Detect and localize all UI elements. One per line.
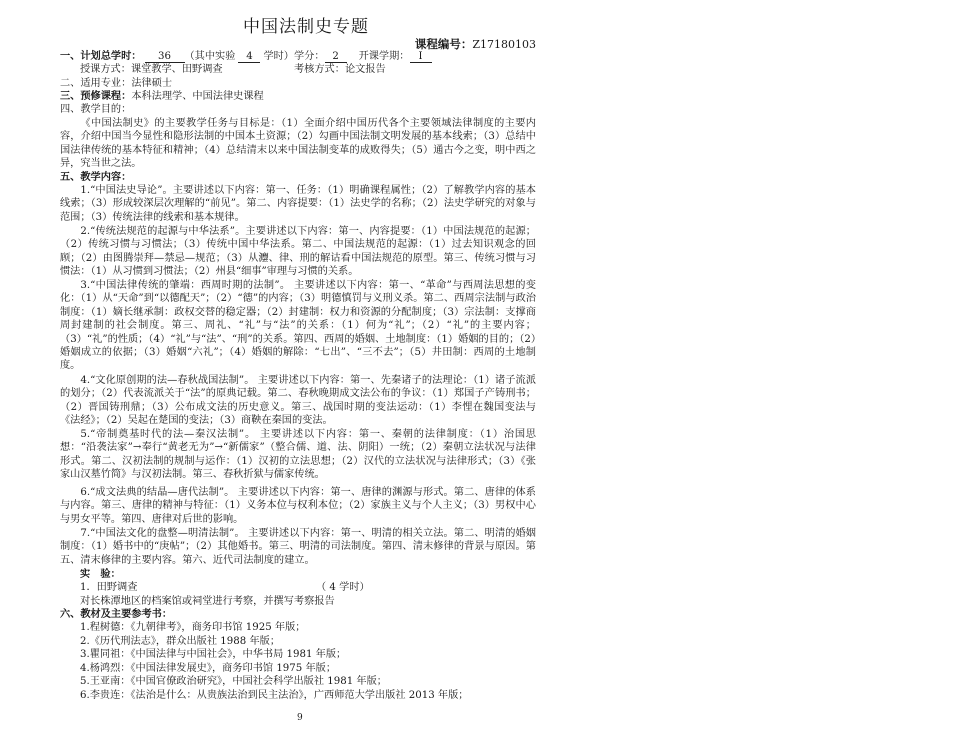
course-code: 课程编号：Z17180103 [415, 36, 536, 52]
lab-suffix: 学时） [263, 51, 294, 62]
semester-label: 开课学期： [359, 51, 410, 62]
section1-label: 一、计划总学时： [60, 51, 142, 62]
section3-value: 本科法理学、中国法律史课程 [131, 91, 263, 102]
reference-item: 6.李贵连：《法治是什么：从贵族法治到民主法治》，广西师范大学出版社 2013 … [80, 689, 468, 703]
reference-item: 5.王亚南：《中国官僚政治研究》，中国社会科学出版社 1981 年版； [80, 675, 387, 689]
section2-label: 二、适用专业： [60, 78, 131, 89]
reference-item: 4.杨鸿烈：《中国法律发展史》，商务印书馆 1975 年版； [80, 662, 336, 676]
course-code-value: Z17180103 [472, 38, 536, 51]
reference-item: 2.《历代刑法志》，群众出版社 1988 年版； [80, 635, 280, 649]
section5-heading: 五、教学内容： [60, 171, 131, 185]
total-hours-value: 36 [145, 51, 185, 63]
document-title: 中国法制史专题 [243, 12, 369, 37]
method-label: 授课方式： [80, 64, 131, 75]
content-item-2: 2.“传统法规范的起源与中华法系”。主要讲述以下内容：第一、内容提要：（1）中国… [60, 225, 536, 279]
section3: 三、预修课程：本科法理学、中国法律史课程 [60, 90, 264, 104]
experiment-item: 1．田野调查 [80, 581, 137, 595]
exam-label: 考核方式： [294, 64, 345, 75]
section2-value: 法律硕士 [131, 78, 172, 89]
section6-heading: 六、教材及主要参考书： [60, 608, 172, 622]
semester-value: I [410, 51, 432, 63]
experiment-description: 对长株潭地区的档案馆或祠堂进行考察，并撰写考察报告 [80, 595, 335, 609]
section1-hours-line: 一、计划总学时：36（其中实验4学时） [60, 50, 294, 64]
credit-value: 2 [325, 51, 347, 63]
content-item-7: 7.“中国法文化的盘整—明清法制”。 主要讲述以下内容：第一、明清的相关立法。第… [60, 527, 536, 567]
section2: 二、适用专业：法律硕士 [60, 77, 172, 91]
reference-item: 3.瞿同祖：《中国法律与中国社会》，中华书局 1981 年版； [80, 648, 346, 662]
method-value: 课堂教学、田野调查 [131, 64, 223, 75]
content-item-6: 6.“成文法典的结晶—唐代法制”。 主要讲述以下内容：第一、唐律的渊源与形式。第… [60, 486, 536, 526]
page-number: 9 [297, 713, 303, 723]
content-item-1: 1.“中国法史导论”。主要讲述以下内容：第一、任务：（1）明确课程属性；（2）了… [60, 184, 536, 224]
reference-item: 1.程树德：《九朝律考》，商务印书馆 1925 年版； [80, 621, 305, 635]
exam-line: 考核方式：论文报告 [294, 63, 386, 77]
exam-value: 论文报告 [345, 64, 386, 75]
method-line: 授课方式：课堂教学、田野调查 [60, 63, 223, 77]
lab-prefix: （其中实验 [185, 51, 236, 62]
lab-hours-value: 4 [238, 51, 260, 63]
course-code-label: 课程编号： [415, 37, 473, 51]
experiment-heading: 实 验： [80, 568, 121, 582]
experiment-hours: （ 4 学时） [316, 581, 370, 595]
content-item-4: 4.“文化原创期的法—春秋战国法制”。 主要讲述以下内容：第一、先秦诸子的法理论… [60, 374, 536, 428]
content-item-3: 3.“中国法律传统的肇端：西周时期的法制”。 主要讲述以下内容：第一、“革命”与… [60, 279, 536, 373]
content-item-5: 5.“帝制奠基时代的法—秦汉法制”。 主要讲述以下内容：第一、秦朝的法律制度：（… [60, 428, 536, 482]
section3-label: 三、预修课程： [60, 91, 131, 102]
section4-paragraph: 《中国法制史》的主要教学任务与目标是：（1）全面介绍中国历代各个主要领域法律制度… [60, 117, 536, 171]
section1-credit-line: 学分：2开课学期：I [294, 50, 432, 64]
section4-heading: 四、教学目的： [60, 103, 131, 117]
credit-label: 学分： [294, 51, 325, 62]
